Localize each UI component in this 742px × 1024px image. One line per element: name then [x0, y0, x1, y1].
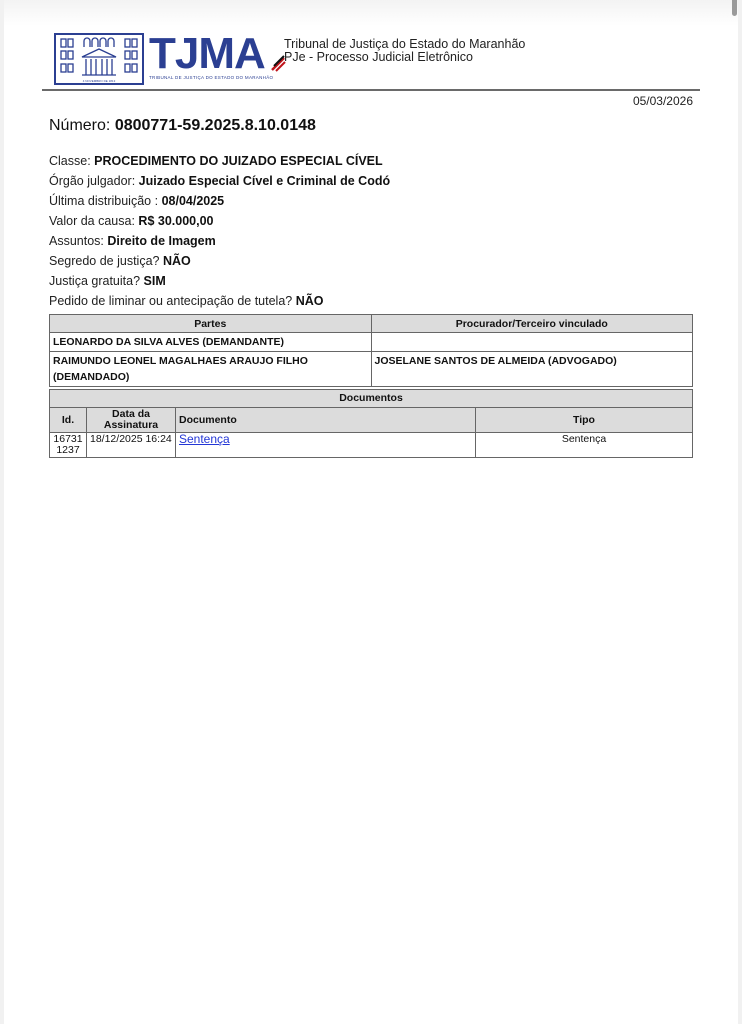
- field-label: Pedido de liminar ou antecipação de tute…: [49, 294, 292, 308]
- scrollbar[interactable]: [732, 0, 737, 16]
- field-label: Classe:: [49, 154, 91, 168]
- table-row: 167311237 18/12/2025 16:24 Sentença Sent…: [50, 433, 693, 458]
- field-justica-gratuita: Justiça gratuita? SIM: [49, 271, 390, 291]
- process-number: Número: 0800771-59.2025.8.10.0148: [49, 117, 316, 135]
- column-header-documento: Documento: [176, 408, 476, 433]
- document-header: 4 NOVEMBRO DE 1813 TJMA TRIBUNAL DE JUST…: [54, 33, 714, 89]
- field-classe: Classe: PROCEDIMENTO DO JUIZADO ESPECIAL…: [49, 151, 390, 171]
- svg-text:4 NOVEMBRO DE 1813: 4 NOVEMBRO DE 1813: [83, 79, 116, 83]
- field-valor-causa: Valor da causa: R$ 30.000,00: [49, 211, 390, 231]
- logo-subtitle: TRIBUNAL DE JUSTIÇA DO ESTADO DO MARANHÃ…: [149, 75, 273, 80]
- field-label: Valor da causa:: [49, 214, 135, 228]
- tjma-logo: TJMA TRIBUNAL DE JUSTIÇA DO ESTADO DO MA…: [149, 35, 279, 85]
- partes-table: Partes Procurador/Terceiro vinculado LEO…: [49, 314, 693, 387]
- system-name: PJe - Processo Judicial Eletrônico: [284, 51, 525, 64]
- column-header-data-assinatura: Data da Assinatura: [87, 408, 176, 433]
- field-value: NÃO: [296, 294, 324, 308]
- table-row: RAIMUNDO LEONEL MAGALHAES ARAUJO FILHO (…: [50, 352, 693, 387]
- procurador-name: [371, 333, 693, 352]
- document-link[interactable]: Sentença: [179, 432, 230, 446]
- field-assuntos: Assuntos: Direito de Imagem: [49, 231, 390, 251]
- print-date: 05/03/2026: [633, 94, 693, 108]
- table-header-row: Id. Data da Assinatura Documento Tipo: [50, 408, 693, 433]
- table-row: LEONARDO DA SILVA ALVES (DEMANDANTE): [50, 333, 693, 352]
- documentos-title: Documentos: [50, 390, 693, 408]
- column-header-partes: Partes: [50, 315, 372, 333]
- table-title-row: Documentos: [50, 390, 693, 408]
- process-number-label: Número:: [49, 117, 110, 134]
- procurador-name: JOSELANE SANTOS DE ALMEIDA (ADVOGADO): [371, 352, 693, 387]
- header-titles: Tribunal de Justiça do Estado do Maranhã…: [284, 38, 525, 64]
- field-value: R$ 30.000,00: [138, 214, 213, 228]
- field-segredo-justica: Segredo de justiça? NÃO: [49, 251, 390, 271]
- field-ultima-distribuicao: Última distribuição : 08/04/2025: [49, 191, 390, 211]
- field-label: Justiça gratuita?: [49, 274, 140, 288]
- column-header-id: Id.: [50, 408, 87, 433]
- document-id: 167311237: [50, 433, 87, 458]
- field-label: Assuntos:: [49, 234, 104, 248]
- field-pedido-liminar: Pedido de liminar ou antecipação de tute…: [49, 291, 390, 311]
- field-label: Última distribuição :: [49, 194, 158, 208]
- field-label: Segredo de justiça?: [49, 254, 160, 268]
- document-type: Sentença: [476, 433, 693, 458]
- column-header-procurador: Procurador/Terceiro vinculado: [371, 315, 693, 333]
- top-shade: [0, 0, 742, 26]
- parte-name: LEONARDO DA SILVA ALVES (DEMANDANTE): [50, 333, 372, 352]
- field-value: SIM: [144, 274, 166, 288]
- parte-name: RAIMUNDO LEONEL MAGALHAES ARAUJO FILHO (…: [50, 352, 372, 387]
- court-building-seal-icon: 4 NOVEMBRO DE 1813: [54, 33, 144, 87]
- field-value: Direito de Imagem: [107, 234, 215, 248]
- process-number-value: 0800771-59.2025.8.10.0148: [115, 117, 316, 134]
- field-value: Juizado Especial Cível e Criminal de Cod…: [139, 174, 390, 188]
- header-divider: [42, 89, 700, 91]
- logo-text: TJMA: [149, 29, 265, 79]
- document-cell: Sentença: [176, 433, 476, 458]
- field-orgao-julgador: Órgão julgador: Juizado Especial Cível e…: [49, 171, 390, 191]
- documentos-table: Documentos Id. Data da Assinatura Docume…: [49, 389, 693, 458]
- table-header-row: Partes Procurador/Terceiro vinculado: [50, 315, 693, 333]
- column-header-tipo: Tipo: [476, 408, 693, 433]
- document-signature-date: 18/12/2025 16:24: [87, 433, 176, 458]
- field-value: NÃO: [163, 254, 191, 268]
- page-edge: [0, 0, 4, 1024]
- field-value: 08/04/2025: [162, 194, 225, 208]
- field-value: PROCEDIMENTO DO JUIZADO ESPECIAL CÍVEL: [94, 154, 382, 168]
- field-label: Órgão julgador:: [49, 174, 135, 188]
- process-fields: Classe: PROCEDIMENTO DO JUIZADO ESPECIAL…: [49, 151, 390, 311]
- page-edge: [738, 0, 742, 1024]
